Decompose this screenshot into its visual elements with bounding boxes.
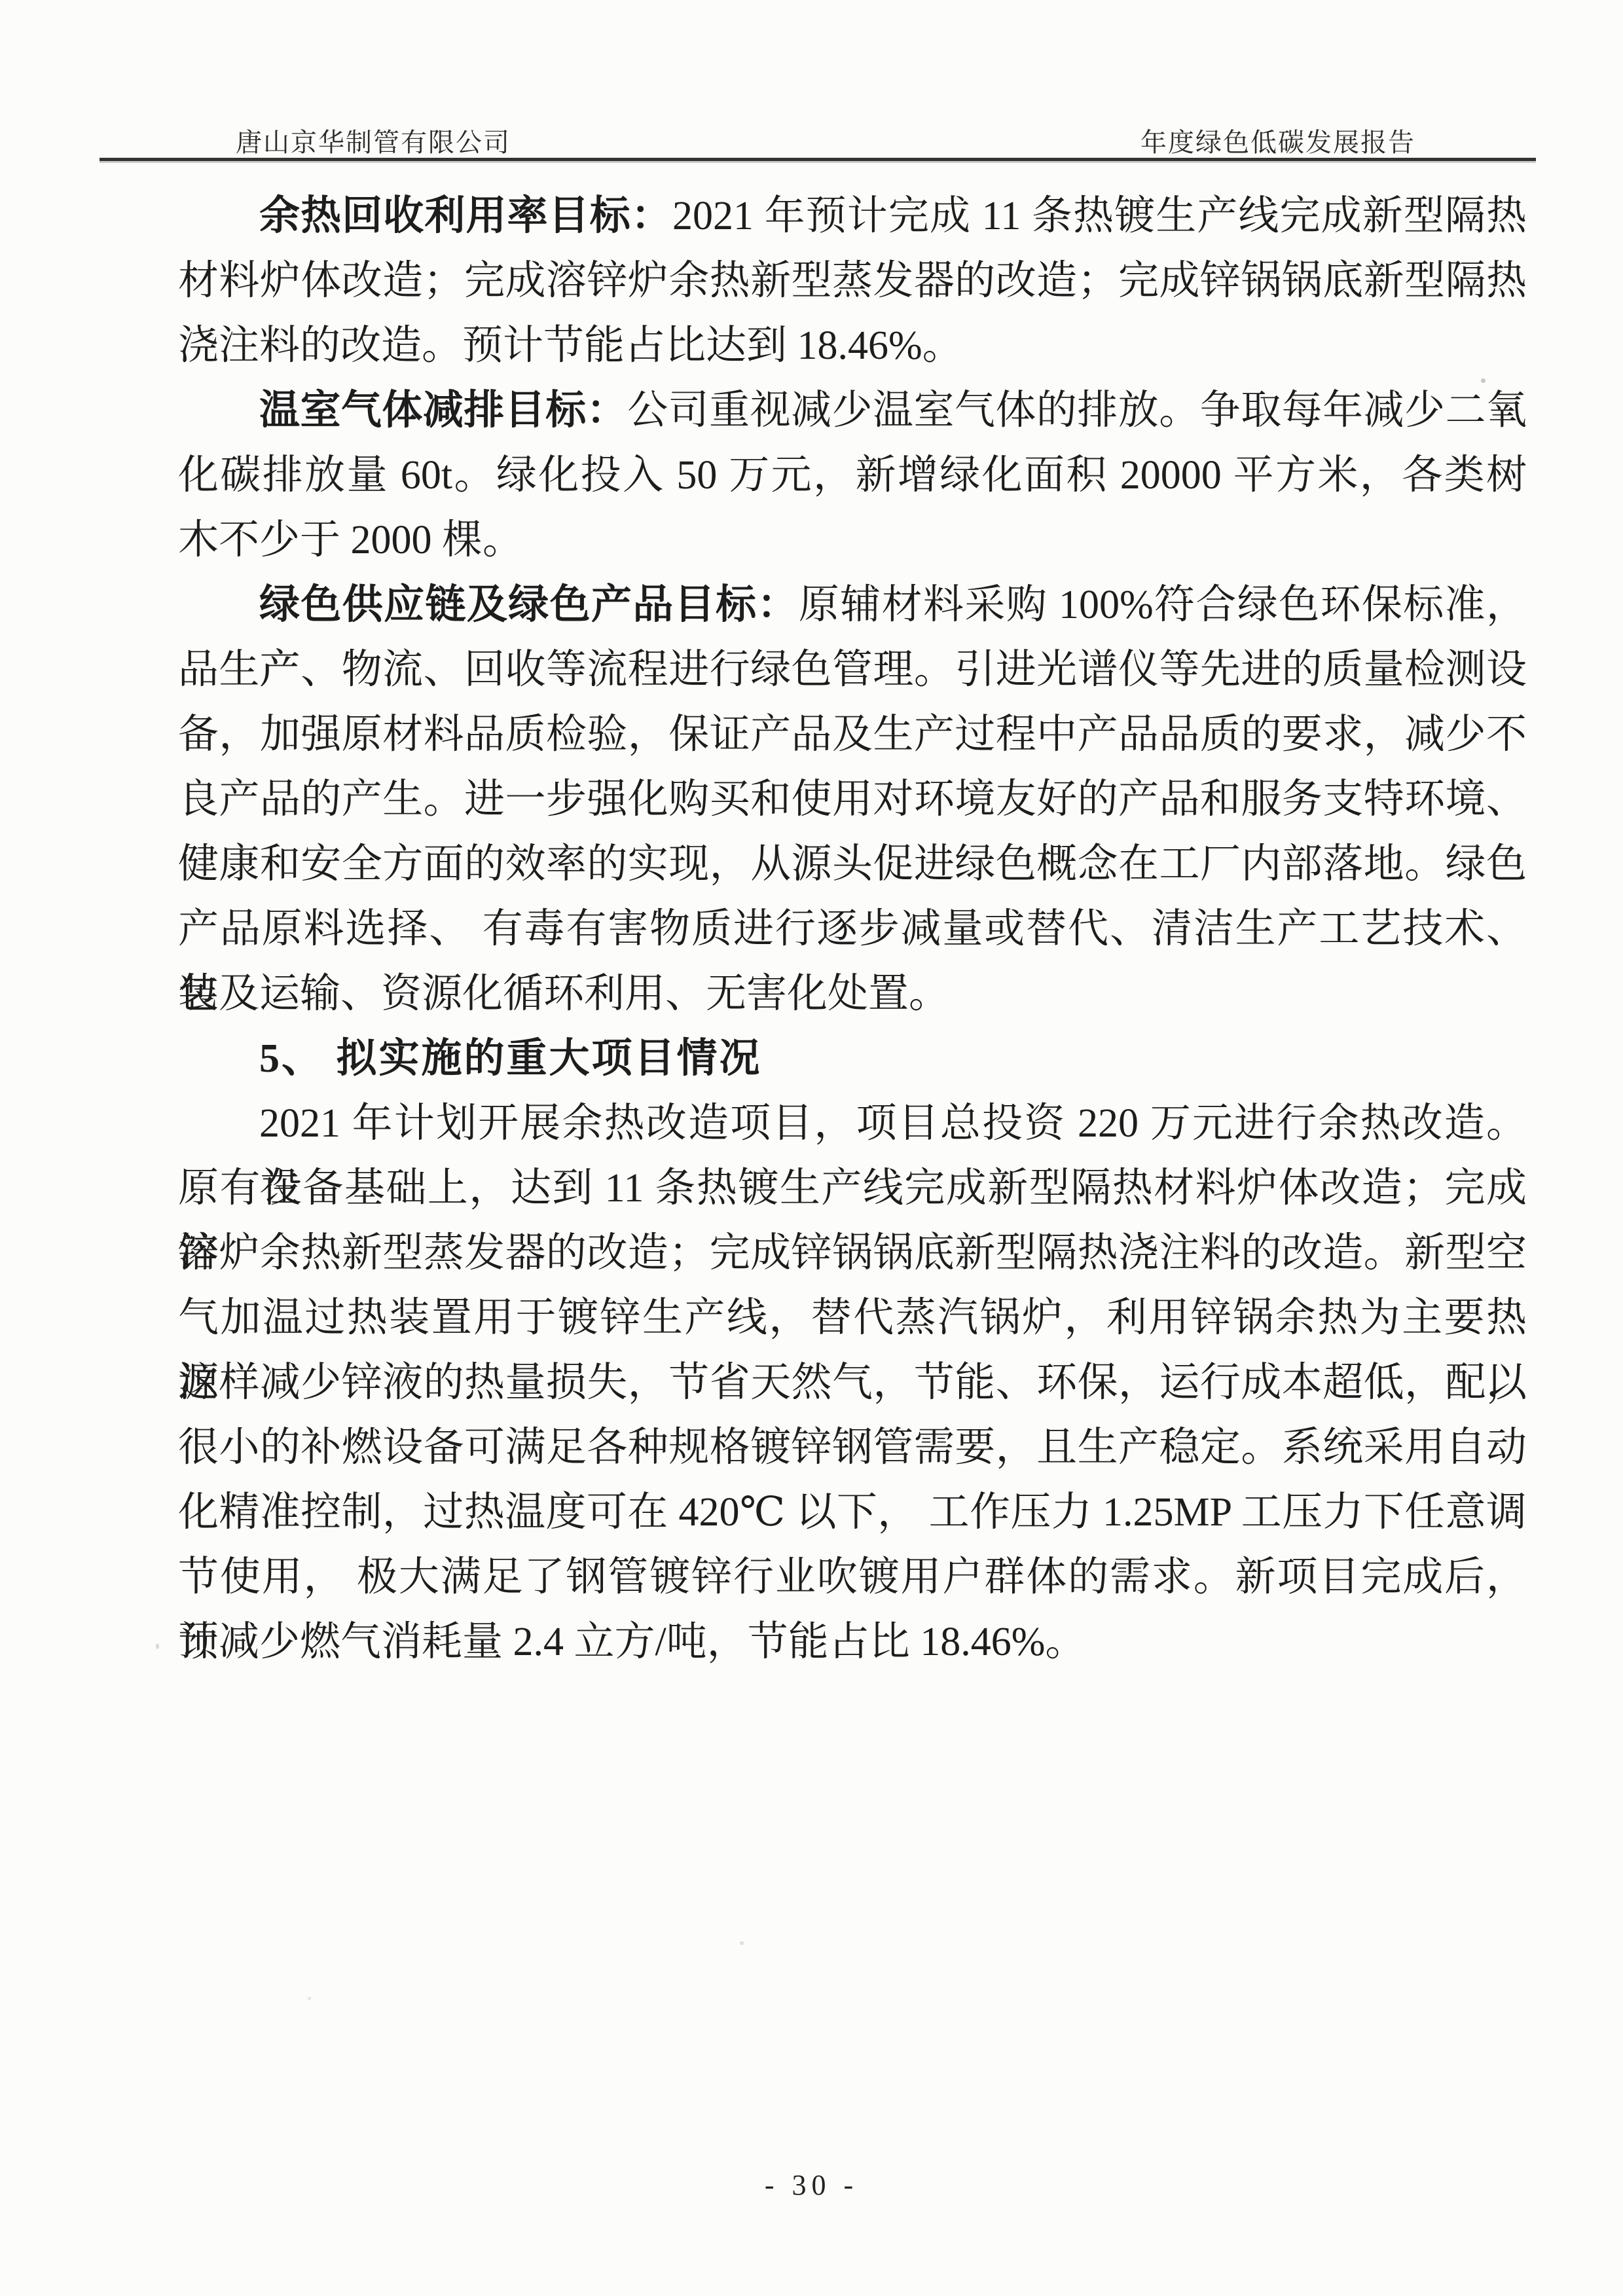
page-footer: - 30 - xyxy=(0,2168,1623,2202)
text-line: 原有设备基础上，达到 11 条热镀生产线完成新型隔热材料炉体改造；完成溶 xyxy=(178,1156,1527,1221)
page-header: 唐山京华制管有限公司 年度绿色低碳发展报告 xyxy=(236,122,1415,159)
bold-text-segment: 温室气体减排目标： xyxy=(259,388,627,433)
text-segment: 计减少燃气消耗量 2.4 立方/吨，节能占比 18.46%。 xyxy=(178,1620,1085,1664)
scan-speck xyxy=(740,1941,744,1945)
header-report-title: 年度绿色低碳发展报告 xyxy=(1140,122,1415,159)
text-segment: 木不少于 2000 棵。 xyxy=(178,518,523,562)
text-line: 健康和安全方面的效率的实现，从源头促进绿色概念在工厂内部落地。绿色 xyxy=(178,832,1527,897)
scan-speck xyxy=(308,1997,311,2000)
text-segment: 这样减少锌液的热量损失，节省天然气，节能、环保，运行成本超低，配以 xyxy=(178,1360,1527,1405)
text-segment: 锌炉余热新型蒸发器的改造；完成锌锅锅底新型隔热浇注料的改造。新型空 xyxy=(178,1231,1527,1275)
scan-speck xyxy=(156,1643,159,1649)
text-line: 2021 年计划开展余热改造项目，项目总投资 220 万元进行余热改造。在 xyxy=(178,1091,1527,1156)
text-line: 材料炉体改造；完成溶锌炉余热新型蒸发器的改造；完成锌锅锅底新型隔热 xyxy=(178,249,1527,314)
text-line: 这样减少锌液的热量损失，节省天然气，节能、环保，运行成本超低，配以 xyxy=(178,1351,1527,1415)
text-line: 备，加强原材料品质检验，保证产品及生产过程中产品品质的要求，减少不 xyxy=(178,702,1527,767)
text-line: 装及运输、资源化循环利用、无害化处置。 xyxy=(178,962,1527,1027)
text-segment: 良产品的产生。进一步强化购买和使用对环境友好的产品和服务支特环境、 xyxy=(178,777,1527,822)
text-segment: 材料炉体改造；完成溶锌炉余热新型蒸发器的改造；完成锌锅锅底新型隔热 xyxy=(178,259,1527,303)
text-line: 产品原料选择、 有毒有害物质进行逐步减量或替代、清洁生产工艺技术、包 xyxy=(178,897,1527,962)
text-line: 计减少燃气消耗量 2.4 立方/吨，节能占比 18.46%。 xyxy=(178,1610,1527,1675)
bold-text-segment: 绿色供应链及绿色产品目标： xyxy=(259,583,799,627)
text-segment: 品生产、物流、回收等流程进行绿色管理。引进光谱仪等先进的质量检测设 xyxy=(178,647,1527,692)
text-segment: 装及运输、资源化循环利用、无害化处置。 xyxy=(178,972,949,1016)
text-segment: 化精准控制，过热温度可在 420℃ 以下， 工作压力 1.25MP 工压力下任意… xyxy=(178,1490,1527,1535)
text-line: 浇注料的改造。预计节能占比达到 18.46%。 xyxy=(178,314,1527,378)
text-segment: 备，加强原材料品质检验，保证产品及生产过程中产品品质的要求，减少不 xyxy=(178,712,1527,757)
text-line: 节使用， 极大满足了钢管镀锌行业吹镀用户群体的需求。新项目完成后， 预 xyxy=(178,1545,1527,1610)
header-divider-rule xyxy=(100,158,1536,161)
text-line: 良产品的产生。进一步强化购买和使用对环境友好的产品和服务支特环境、 xyxy=(178,767,1527,832)
text-segment: 很小的补燃设备可满足各种规格镀锌钢管需要，且生产稳定。系统采用自动 xyxy=(178,1425,1527,1470)
section-heading: 5、 拟实施的重大项目情况 xyxy=(178,1027,1527,1091)
text-line: 温室气体减排目标：公司重视减少温室气体的排放。争取每年减少二氧 xyxy=(178,378,1527,443)
bold-text-segment: 5、 拟实施的重大项目情况 xyxy=(259,1036,762,1081)
text-line: 化精准控制，过热温度可在 420℃ 以下， 工作压力 1.25MP 工压力下任意… xyxy=(178,1480,1527,1545)
text-line: 化碳排放量 60t。绿化投入 50 万元，新增绿化面积 20000 平方米，各类… xyxy=(178,443,1527,508)
text-segment: 浇注料的改造。预计节能占比达到 18.46%。 xyxy=(178,323,963,368)
bold-text-segment: 余热回收利用率目标： xyxy=(259,194,672,238)
text-segment: 2021 年预计完成 11 条热镀生产线完成新型隔热 xyxy=(672,194,1527,238)
document-body: 余热回收利用率目标：2021 年预计完成 11 条热镀生产线完成新型隔热材料炉体… xyxy=(178,184,1527,1675)
text-line: 很小的补燃设备可满足各种规格镀锌钢管需要，且生产稳定。系统采用自动 xyxy=(178,1415,1527,1480)
text-line: 锌炉余热新型蒸发器的改造；完成锌锅锅底新型隔热浇注料的改造。新型空 xyxy=(178,1221,1527,1286)
scan-speck xyxy=(1481,378,1486,383)
header-company-name: 唐山京华制管有限公司 xyxy=(236,122,511,159)
text-line: 木不少于 2000 棵。 xyxy=(178,508,1527,573)
text-line: 品生产、物流、回收等流程进行绿色管理。引进光谱仪等先进的质量检测设 xyxy=(178,638,1527,702)
text-segment: 公司重视减少温室气体的排放。争取每年减少二氧 xyxy=(627,388,1527,433)
text-segment: 化碳排放量 60t。绿化投入 50 万元，新增绿化面积 20000 平方米，各类… xyxy=(178,453,1527,498)
document-page: 唐山京华制管有限公司 年度绿色低碳发展报告 余热回收利用率目标：2021 年预计… xyxy=(0,0,1623,2296)
text-line: 余热回收利用率目标：2021 年预计完成 11 条热镀生产线完成新型隔热 xyxy=(178,184,1527,249)
text-line: 绿色供应链及绿色产品目标：原辅材料采购 100%符合绿色环保标准，产 xyxy=(178,573,1527,638)
page-number: - 30 - xyxy=(765,2169,858,2201)
text-line: 气加温过热装置用于镀锌生产线，替代蒸汽锅炉，利用锌锅余热为主要热源， xyxy=(178,1286,1527,1351)
text-segment: 健康和安全方面的效率的实现，从源头促进绿色概念在工厂内部落地。绿色 xyxy=(178,842,1527,886)
